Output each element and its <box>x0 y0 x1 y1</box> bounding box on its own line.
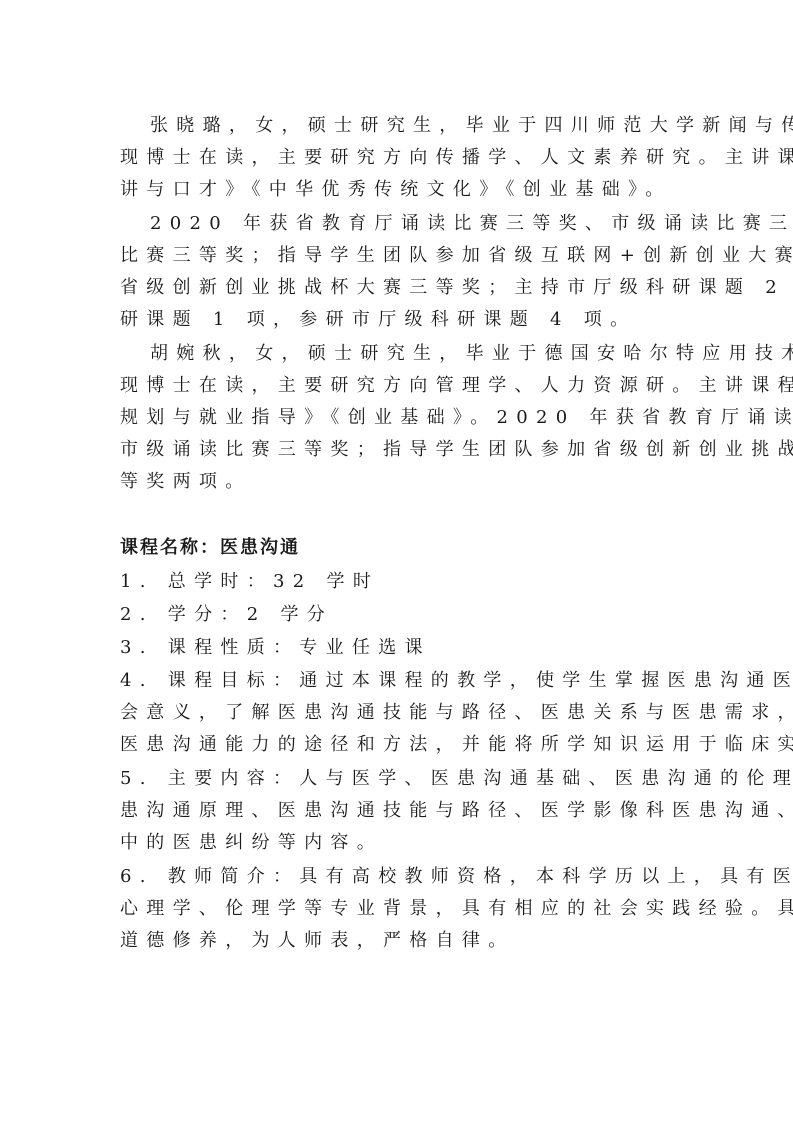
paragraph-line: 研课题 1 项，参研市厅级科研课题 4 项。 <box>120 304 636 336</box>
course-title: 课程名称：医患沟通 <box>120 532 300 564</box>
course-item-hours: 1. 总学时：32 学时 <box>120 566 379 598</box>
paragraph-line: 2020 年获省教育厅诵读比赛三等奖、市级诵读比赛三等奖、写作 <box>150 208 793 240</box>
course-item-goal: 会意义，了解医患沟通技能与路径、医患关系与医患需求，熟悉提高 <box>120 697 793 729</box>
paragraph-line: 等奖两项。 <box>120 466 252 498</box>
paragraph-line: 张晓璐，女，硕士研究生，毕业于四川师范大学新闻与传播学院， <box>150 110 793 142</box>
paragraph-line: 规划与就业指导》《创业基础》。2020 年获省教育厅诵读比赛三等奖、 <box>120 402 793 434</box>
course-item-goal: 4. 课程目标：通过本课程的教学，使学生掌握医患沟通医学意义及社 <box>120 665 793 697</box>
paragraph-line: 胡婉秋，女，硕士研究生，毕业于德国安哈尔特应用技术大学， <box>150 338 793 370</box>
course-item-teacher: 6. 教师简介：具有高校教师资格，本科学历以上，具有医学、社会学、 <box>120 861 793 893</box>
paragraph-line: 讲与口才》《中华优秀传统文化》《创业基础》。 <box>120 174 672 206</box>
course-item-teacher: 心理学、伦理学等专业背景，具有相应的社会实践经验。具有较高的 <box>120 893 793 925</box>
course-item-goal: 医患沟通能力的途径和方法，并能将所学知识运用于临床实践中。 <box>120 729 793 761</box>
paragraph-line: 比赛三等奖；指导学生团队参加省级互联网+创新创业大赛二等奖、 <box>120 240 793 272</box>
paragraph-line: 市级诵读比赛三等奖；指导学生团队参加省级创新创业挑战杯大赛三 <box>120 434 793 466</box>
course-item-content: 患沟通原理、医患沟通技能与路径、医学影像科医患沟通、医患沟通 <box>120 795 793 827</box>
course-item-type: 3. 课程性质：专业任选课 <box>120 632 431 664</box>
paragraph-line: 现博士在读，主要研究方向传播学、人文素养研究。主讲课程：《演 <box>120 142 793 174</box>
paragraph-line: 省级创新创业挑战杯大赛三等奖；主持市厅级科研课题 2 项，院级科 <box>120 272 793 304</box>
course-item-content: 5. 主要内容：人与医学、医患沟通基础、医患沟通的伦理学基础、医 <box>120 763 793 795</box>
course-item-credits: 2. 学分：2 学分 <box>120 599 333 631</box>
course-item-content: 中的医患纠纷等内容。 <box>120 827 383 859</box>
course-item-teacher: 道德修养，为人师表，严格自律。 <box>120 925 515 957</box>
paragraph-line: 现博士在读，主要研究方向管理学、人力资源研。主讲课程：《职业 <box>120 370 793 402</box>
